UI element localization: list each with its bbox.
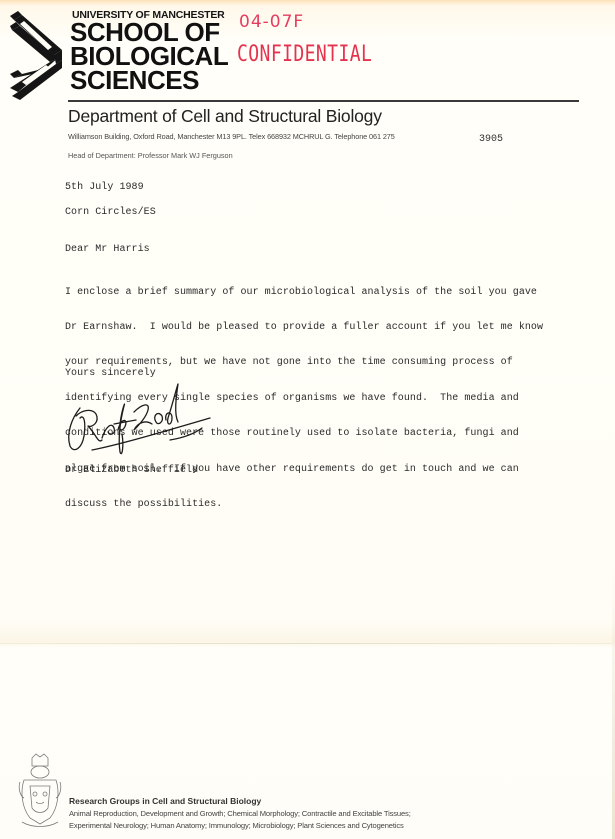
- research-groups-title: Research Groups in Cell and Structural B…: [69, 796, 261, 806]
- confidential-stamp: CONFIDENTIAL: [237, 42, 372, 67]
- paper-fold-line: [0, 643, 612, 644]
- chevron-logo-icon: [6, 10, 62, 102]
- letter-reference: Corn Circles/ES: [65, 207, 156, 218]
- school-name-line: SCIENCES: [70, 68, 228, 92]
- body-line: Dr Earnshaw. I would be pleased to provi…: [65, 322, 595, 334]
- school-name: SCHOOL OF BIOLOGICAL SCIENCES: [70, 20, 228, 92]
- research-groups-line: Experimental Neurology; Human Anatomy; I…: [69, 821, 404, 830]
- body-line: discuss the possibilities.: [65, 499, 595, 511]
- telephone-extension: 3905: [479, 134, 503, 145]
- salutation: Dear Mr Harris: [65, 244, 150, 255]
- letter-date: 5th July 1989: [65, 182, 144, 193]
- body-line: I enclose a brief summary of our microbi…: [65, 287, 595, 299]
- department-address: Williamson Building, Oxford Road, Manche…: [68, 132, 395, 141]
- research-groups-line: Animal Reproduction, Development and Gro…: [69, 809, 411, 818]
- signer-name: Dr Elizabeth Sheffield: [65, 465, 198, 476]
- letterhead-divider: [68, 100, 579, 102]
- handwritten-signature-icon: [62, 378, 222, 460]
- department-name: Department of Cell and Structural Biolog…: [68, 106, 382, 127]
- university-crest-icon: [18, 752, 62, 830]
- head-of-department: Head of Department: Professor Mark WJ Fe…: [68, 151, 233, 160]
- reference-stamp: 04-07F: [239, 12, 304, 32]
- letter-page: UNIVERSITY OF MANCHESTER SCHOOL OF BIOLO…: [0, 0, 615, 839]
